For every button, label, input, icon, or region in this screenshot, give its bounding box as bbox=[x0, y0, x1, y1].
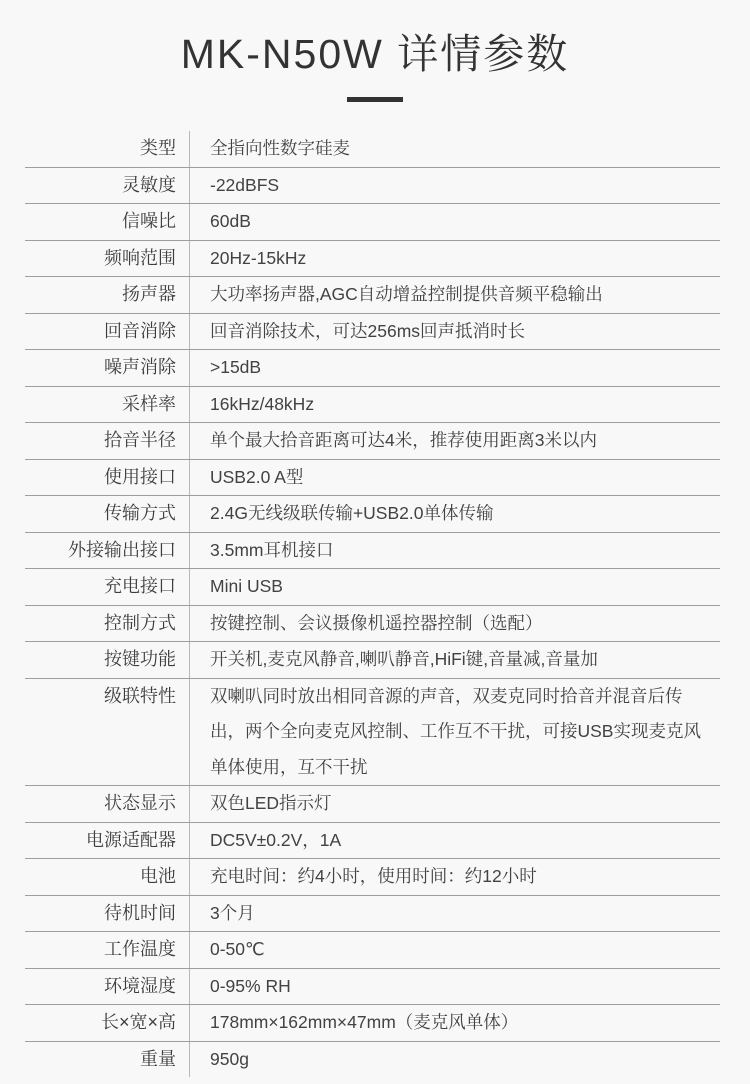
table-row: 重量950g bbox=[25, 1041, 720, 1078]
spec-value: 20Hz-15kHz bbox=[190, 241, 720, 277]
spec-label: 噪声消除 bbox=[25, 350, 190, 386]
table-row: 外接输出接口3.5mm耳机接口 bbox=[25, 532, 720, 569]
spec-label: 长×宽×高 bbox=[25, 1005, 190, 1041]
spec-value: 3.5mm耳机接口 bbox=[190, 533, 720, 569]
spec-value: 950g bbox=[190, 1042, 720, 1078]
title-underline bbox=[347, 97, 403, 102]
spec-value: 0-50℃ bbox=[190, 932, 720, 968]
spec-label: 重量 bbox=[25, 1042, 190, 1078]
table-row: 充电接口Mini USB bbox=[25, 568, 720, 605]
table-row: 环境湿度0-95% RH bbox=[25, 968, 720, 1005]
spec-value: 开关机,麦克风静音,喇叭静音,HiFi键,音量减,音量加 bbox=[190, 642, 720, 678]
spec-value: >15dB bbox=[190, 350, 720, 386]
spec-label: 电池 bbox=[25, 859, 190, 895]
spec-value: 按键控制、会议摄像机遥控器控制（选配） bbox=[190, 606, 720, 642]
table-row: 电池充电时间：约4小时，使用时间：约12小时 bbox=[25, 858, 720, 895]
spec-value: -22dBFS bbox=[190, 168, 720, 204]
spec-label: 扬声器 bbox=[25, 277, 190, 313]
page-header: MK-N50W 详情参数 bbox=[0, 0, 750, 102]
table-row: 频响范围20Hz-15kHz bbox=[25, 240, 720, 277]
spec-value: 双喇叭同时放出相同音源的声音，双麦克同时拾音并混音后传出，两个全向麦克风控制、工… bbox=[190, 679, 720, 786]
spec-label: 状态显示 bbox=[25, 786, 190, 822]
spec-table: 类型全指向性数字硅麦灵敏度-22dBFS信噪比60dB频响范围20Hz-15kH… bbox=[25, 131, 720, 1077]
table-row: 状态显示双色LED指示灯 bbox=[25, 785, 720, 822]
spec-label: 待机时间 bbox=[25, 896, 190, 932]
spec-value: 178mm×162mm×47mm（麦克风单体） bbox=[190, 1005, 720, 1041]
spec-label: 级联特性 bbox=[25, 679, 190, 786]
spec-label: 采样率 bbox=[25, 387, 190, 423]
spec-value: 60dB bbox=[190, 204, 720, 240]
table-row: 控制方式按键控制、会议摄像机遥控器控制（选配） bbox=[25, 605, 720, 642]
spec-value: DC5V±0.2V，1A bbox=[190, 823, 720, 859]
table-row: 待机时间3个月 bbox=[25, 895, 720, 932]
table-row: 回音消除回音消除技术，可达256ms回声抵消时长 bbox=[25, 313, 720, 350]
spec-value: 大功率扬声器,AGC自动增益控制提供音频平稳输出 bbox=[190, 277, 720, 313]
spec-value: USB2.0 A型 bbox=[190, 460, 720, 496]
table-row: 级联特性双喇叭同时放出相同音源的声音，双麦克同时拾音并混音后传出，两个全向麦克风… bbox=[25, 678, 720, 786]
table-row: 传输方式2.4G无线级联传输+USB2.0单体传输 bbox=[25, 495, 720, 532]
spec-label: 使用接口 bbox=[25, 460, 190, 496]
spec-value: 全指向性数字硅麦 bbox=[190, 131, 720, 167]
spec-label: 工作温度 bbox=[25, 932, 190, 968]
table-row: 使用接口USB2.0 A型 bbox=[25, 459, 720, 496]
spec-label: 信噪比 bbox=[25, 204, 190, 240]
spec-value: 16kHz/48kHz bbox=[190, 387, 720, 423]
spec-label: 传输方式 bbox=[25, 496, 190, 532]
spec-label: 拾音半径 bbox=[25, 423, 190, 459]
spec-value: Mini USB bbox=[190, 569, 720, 605]
spec-label: 按键功能 bbox=[25, 642, 190, 678]
table-row: 工作温度0-50℃ bbox=[25, 931, 720, 968]
table-row: 信噪比60dB bbox=[25, 203, 720, 240]
table-row: 类型全指向性数字硅麦 bbox=[25, 131, 720, 167]
spec-label: 灵敏度 bbox=[25, 168, 190, 204]
table-row: 拾音半径单个最大拾音距离可达4米，推荐使用距离3米以内 bbox=[25, 422, 720, 459]
spec-label: 充电接口 bbox=[25, 569, 190, 605]
spec-sheet-page: MK-N50W 详情参数 类型全指向性数字硅麦灵敏度-22dBFS信噪比60dB… bbox=[0, 0, 750, 1084]
table-row: 按键功能开关机,麦克风静音,喇叭静音,HiFi键,音量减,音量加 bbox=[25, 641, 720, 678]
spec-label: 环境湿度 bbox=[25, 969, 190, 1005]
spec-value: 单个最大拾音距离可达4米，推荐使用距离3米以内 bbox=[190, 423, 720, 459]
spec-label: 类型 bbox=[25, 131, 190, 167]
table-row: 采样率16kHz/48kHz bbox=[25, 386, 720, 423]
spec-label: 外接输出接口 bbox=[25, 533, 190, 569]
spec-value: 双色LED指示灯 bbox=[190, 786, 720, 822]
page-title: MK-N50W 详情参数 bbox=[0, 30, 750, 78]
table-row: 噪声消除>15dB bbox=[25, 349, 720, 386]
spec-label: 回音消除 bbox=[25, 314, 190, 350]
spec-label: 电源适配器 bbox=[25, 823, 190, 859]
spec-value: 3个月 bbox=[190, 896, 720, 932]
spec-value: 充电时间：约4小时，使用时间：约12小时 bbox=[190, 859, 720, 895]
table-row: 长×宽×高178mm×162mm×47mm（麦克风单体） bbox=[25, 1004, 720, 1041]
spec-value: 0-95% RH bbox=[190, 969, 720, 1005]
table-row: 灵敏度-22dBFS bbox=[25, 167, 720, 204]
table-row: 电源适配器DC5V±0.2V，1A bbox=[25, 822, 720, 859]
spec-value: 回音消除技术，可达256ms回声抵消时长 bbox=[190, 314, 720, 350]
table-row: 扬声器大功率扬声器,AGC自动增益控制提供音频平稳输出 bbox=[25, 276, 720, 313]
spec-label: 控制方式 bbox=[25, 606, 190, 642]
spec-value: 2.4G无线级联传输+USB2.0单体传输 bbox=[190, 496, 720, 532]
spec-label: 频响范围 bbox=[25, 241, 190, 277]
